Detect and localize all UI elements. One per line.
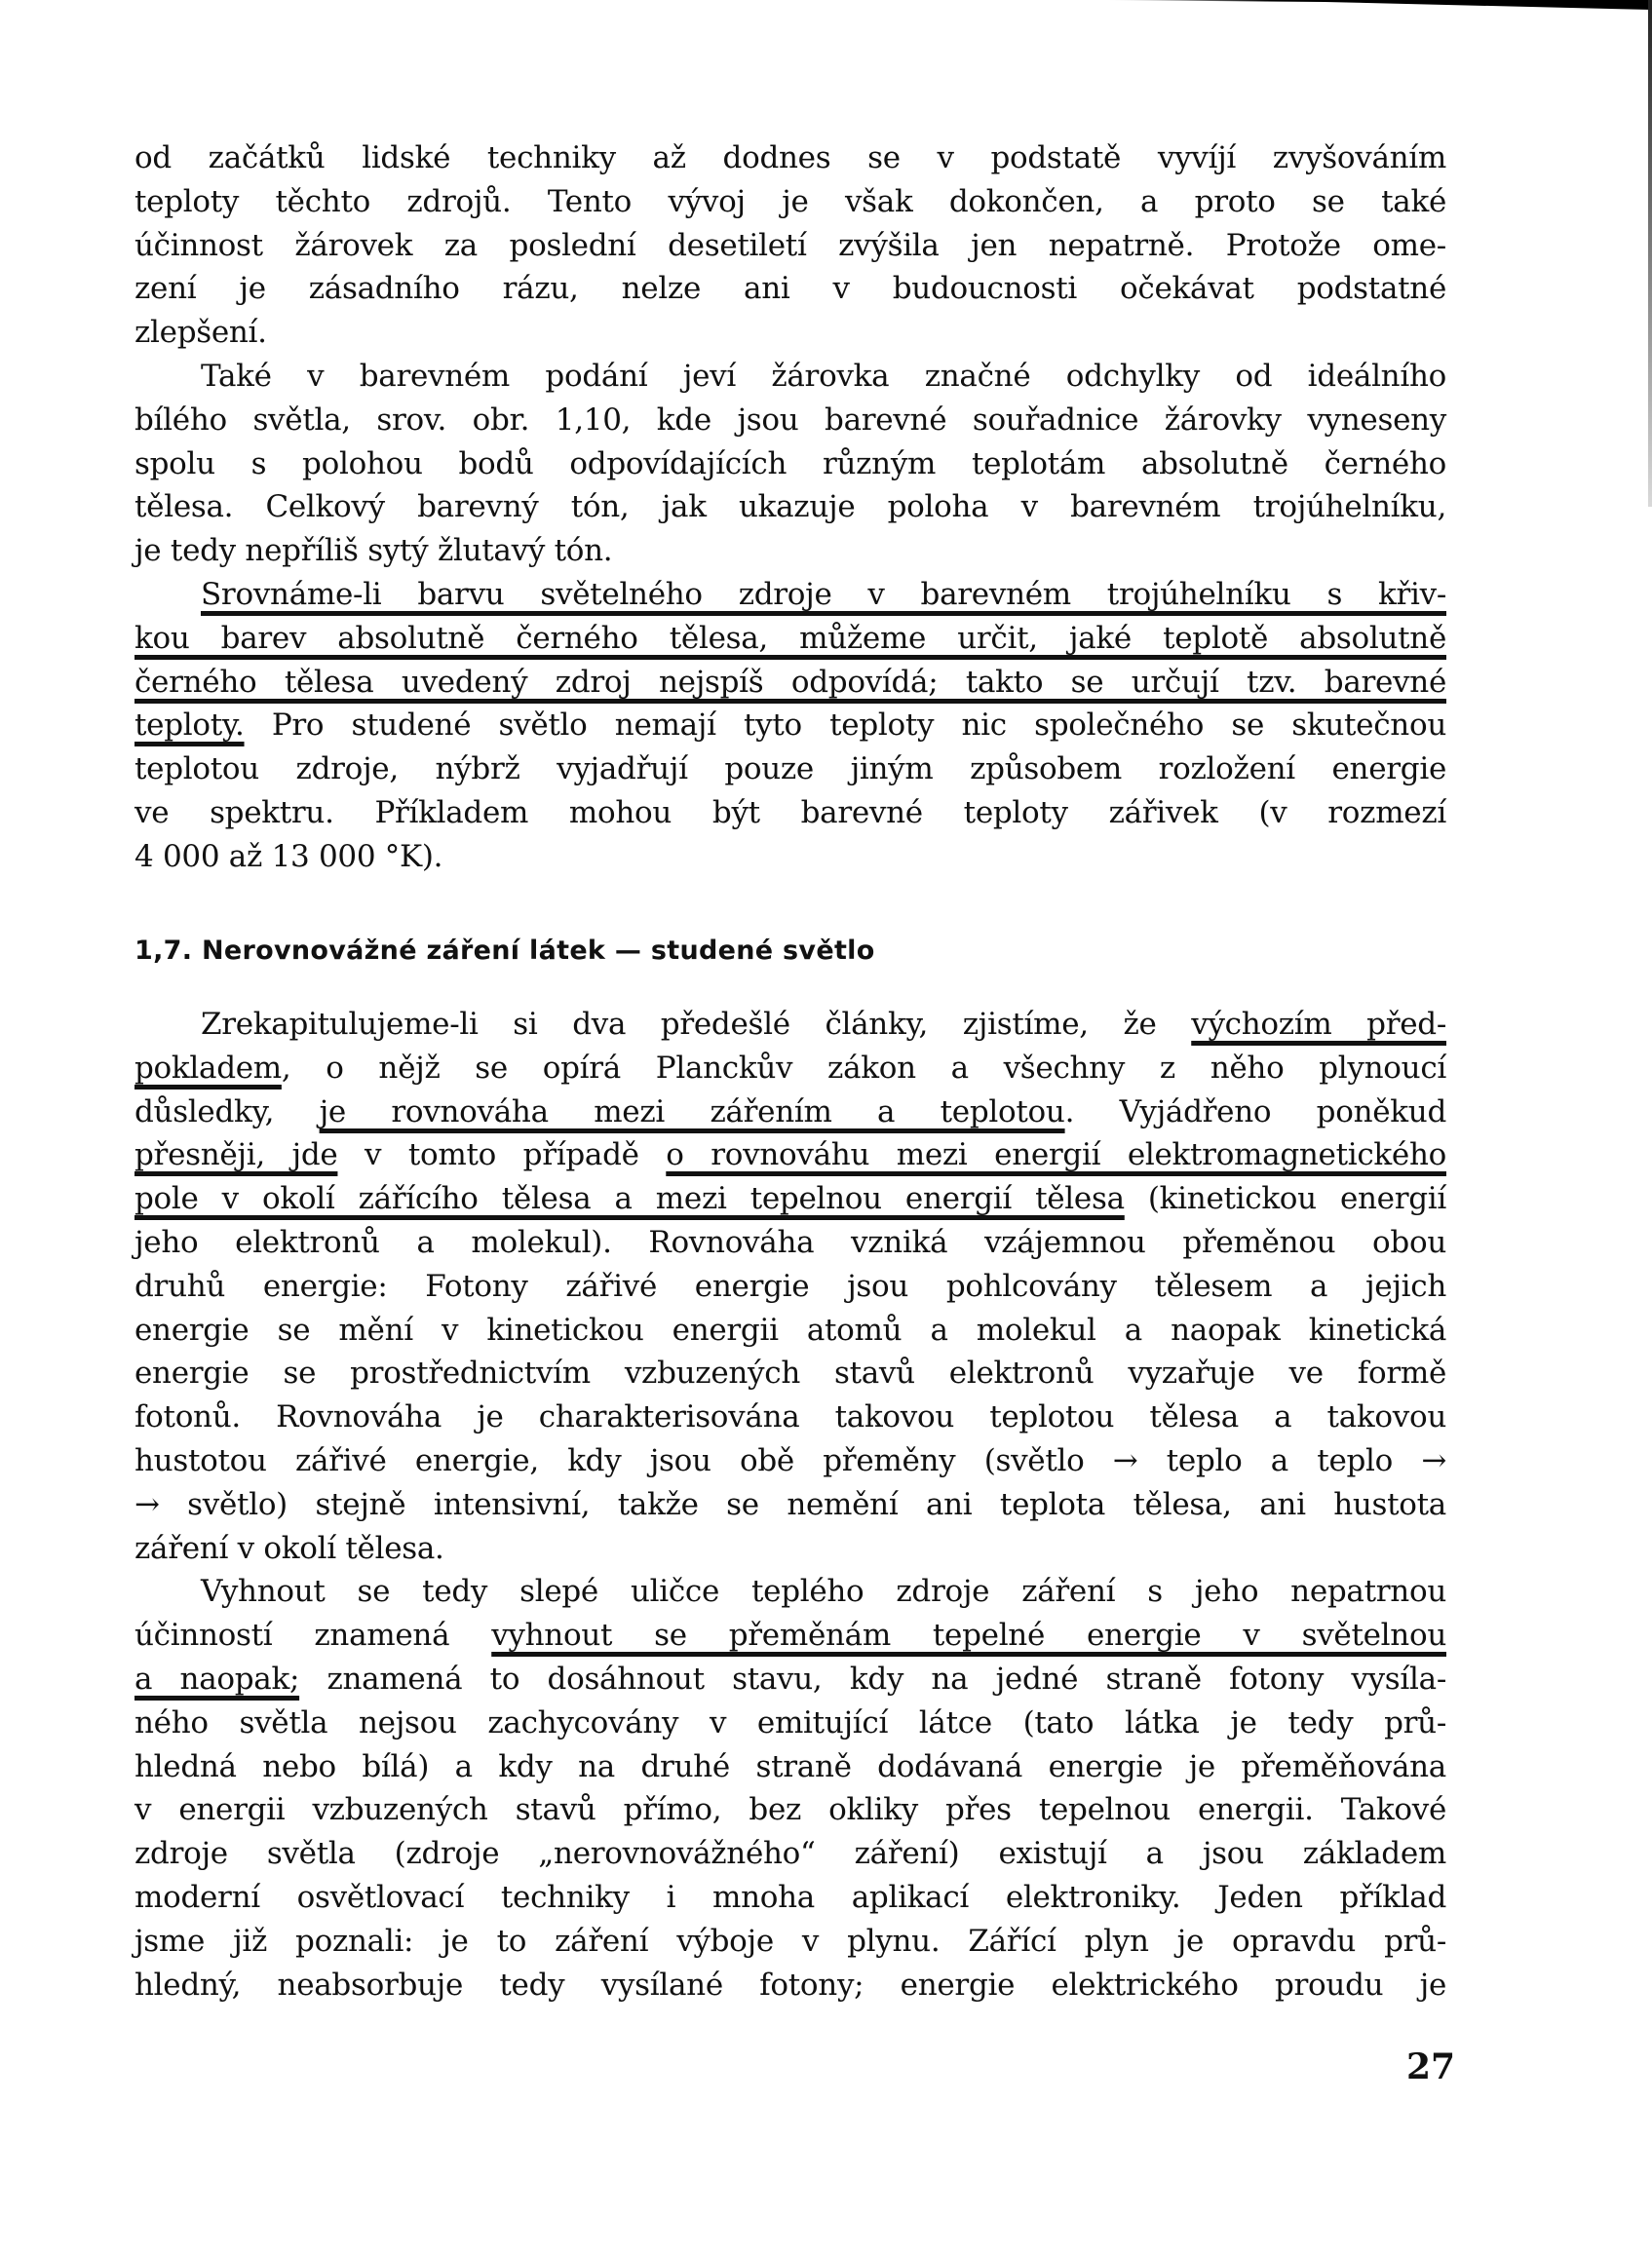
- text-span: znamená to dosáhnout stavu, kdy na jedné…: [299, 1662, 1446, 1697]
- underlined-text: přesněji, jde: [134, 1137, 337, 1172]
- underlined-text: kou barev absolutně černého tělesa, může…: [134, 621, 1446, 656]
- text-line: od začátků lidské techniky až dodnes se …: [134, 136, 1446, 180]
- text-line: pole v okolí zářícího tělesa a mezi tepe…: [134, 1177, 1446, 1221]
- text-line: energie se prostřednictvím vzbuzených st…: [134, 1352, 1446, 1396]
- text-line: druhů energie: Fotony zářivé energie jso…: [134, 1265, 1446, 1309]
- text-block-section: Zrekapitulujeme-li si dva předešlé článk…: [134, 1003, 1446, 2007]
- text-line: moderní osvětlovací techniky i mnoha apl…: [134, 1876, 1446, 1920]
- text-line: a naopak; znamená to dosáhnout stavu, kd…: [134, 1658, 1446, 1702]
- underlined-text: vyhnout se přeměnám tepelné energie v sv…: [491, 1618, 1446, 1653]
- text-line: hledný, neabsorbuje tedy vysílané fotony…: [134, 1964, 1446, 2007]
- text-span: . Vyjádřeno poněkud: [1065, 1094, 1446, 1129]
- text-line: účinnost žárovek za poslední desetiletí …: [134, 224, 1446, 268]
- text-line: → světlo) stejně intensivní, takže se ne…: [134, 1483, 1446, 1527]
- text-line: černého tělesa uvedený zdroj nejspíš odp…: [134, 661, 1446, 705]
- text-line: teplotou zdroje, nýbrž vyjadřují pouze j…: [134, 747, 1446, 791]
- text-line: teploty těchto zdrojů. Tento vývoj je vš…: [134, 180, 1446, 224]
- text-line: zdroje světla (zdroje „nerovnovážného“ z…: [134, 1832, 1446, 1876]
- underlined-text: černého tělesa uvedený zdroj nejspíš odp…: [134, 665, 1446, 700]
- text-span: v tomto případě: [337, 1137, 666, 1172]
- paragraph-start-line: Vyhnout se tedy slepé uličce teplého zdr…: [134, 1570, 1446, 1614]
- text-line: účinností znamená vyhnout se přeměnám te…: [134, 1614, 1446, 1658]
- paragraph-start-line: Také v barevném podání jeví žárovka znač…: [134, 355, 1446, 399]
- page-number: 27: [1406, 2046, 1455, 2087]
- text-line: teploty. Pro studené světlo nemají tyto …: [134, 704, 1446, 747]
- text-block-upper: od začátků lidské techniky až dodnes se …: [134, 136, 1446, 879]
- underlined-text: pokladem: [134, 1051, 282, 1086]
- underlined-text: je rovnováha mezi zářením a teplotou: [320, 1094, 1065, 1129]
- text-line: hledná nebo bílá) a kdy na druhé straně …: [134, 1745, 1446, 1789]
- paragraph-start-line: Zrekapitulujeme-li si dva předešlé článk…: [134, 1003, 1446, 1047]
- text-line: ného světla nejsou zachycovány v emitují…: [134, 1702, 1446, 1745]
- text-line: jsme již poznali: je to záření výboje v …: [134, 1920, 1446, 1964]
- section-heading: 1,7. Nerovnovážné záření látek — studené…: [134, 936, 875, 966]
- underlined-text: a naopak;: [134, 1662, 299, 1697]
- text-line: v energii vzbuzených stavů přímo, bez ok…: [134, 1788, 1446, 1832]
- text-line: fotonů. Rovnováha je charakterisována ta…: [134, 1396, 1446, 1439]
- text-line: jeho elektronů a molekul). Rovnováha vzn…: [134, 1221, 1446, 1265]
- text-span: účinností znamená: [134, 1618, 491, 1653]
- text-span: Zrekapitulujeme-li si dva předešlé článk…: [201, 1007, 1191, 1042]
- text-line: zlepšení.: [134, 311, 1446, 355]
- text-line: 4 000 až 13 000 °K).: [134, 835, 1446, 879]
- text-line: je tedy nepříliš sytý žlutavý tón.: [134, 529, 1446, 573]
- underlined-text: Srovnáme-li barvu světelného zdroje v ba…: [201, 577, 1446, 612]
- text-line: záření v okolí tělesa.: [134, 1527, 1446, 1571]
- scan-page-edge: [1648, 0, 1652, 507]
- underlined-text: o rovnováhu mezi energií elektromagnetic…: [666, 1137, 1446, 1172]
- text-line: hustotou zářivé energie, kdy jsou obě př…: [134, 1439, 1446, 1483]
- scan-dark-corner: [1106, 0, 1652, 10]
- text-line: přesněji, jde v tomto případě o rovnováh…: [134, 1133, 1446, 1177]
- text-span: , o nějž se opírá Planckův zákon a všech…: [282, 1051, 1446, 1086]
- paragraph-start-line: Srovnáme-li barvu světelného zdroje v ba…: [134, 573, 1446, 617]
- text-line: bílého světla, srov. obr. 1,10, kde jsou…: [134, 399, 1446, 442]
- text-line: pokladem, o nějž se opírá Planckův zákon…: [134, 1047, 1446, 1090]
- text-line: kou barev absolutně černého tělesa, může…: [134, 617, 1446, 661]
- underlined-text: teploty.: [134, 707, 245, 743]
- text-line: zení je zásadního rázu, nelze ani v budo…: [134, 267, 1446, 311]
- text-line: energie se mění v kinetickou energii ato…: [134, 1309, 1446, 1353]
- text-line: ve spektru. Příkladem mohou být barevné …: [134, 791, 1446, 835]
- text-span: důsledky,: [134, 1094, 320, 1129]
- text-line: důsledky, je rovnováha mezi zářením a te…: [134, 1090, 1446, 1134]
- text-span: Pro studené světlo nemají tyto teploty n…: [245, 707, 1446, 743]
- underlined-text: pole v okolí zářícího tělesa a mezi tepe…: [134, 1181, 1125, 1216]
- text-span: (kinetickou energií: [1125, 1181, 1446, 1216]
- underlined-text: výchozím před-: [1191, 1007, 1446, 1042]
- text-line: spolu s polohou bodů odpovídajících různ…: [134, 442, 1446, 486]
- text-line: tělesa. Celkový barevný tón, jak ukazuje…: [134, 485, 1446, 529]
